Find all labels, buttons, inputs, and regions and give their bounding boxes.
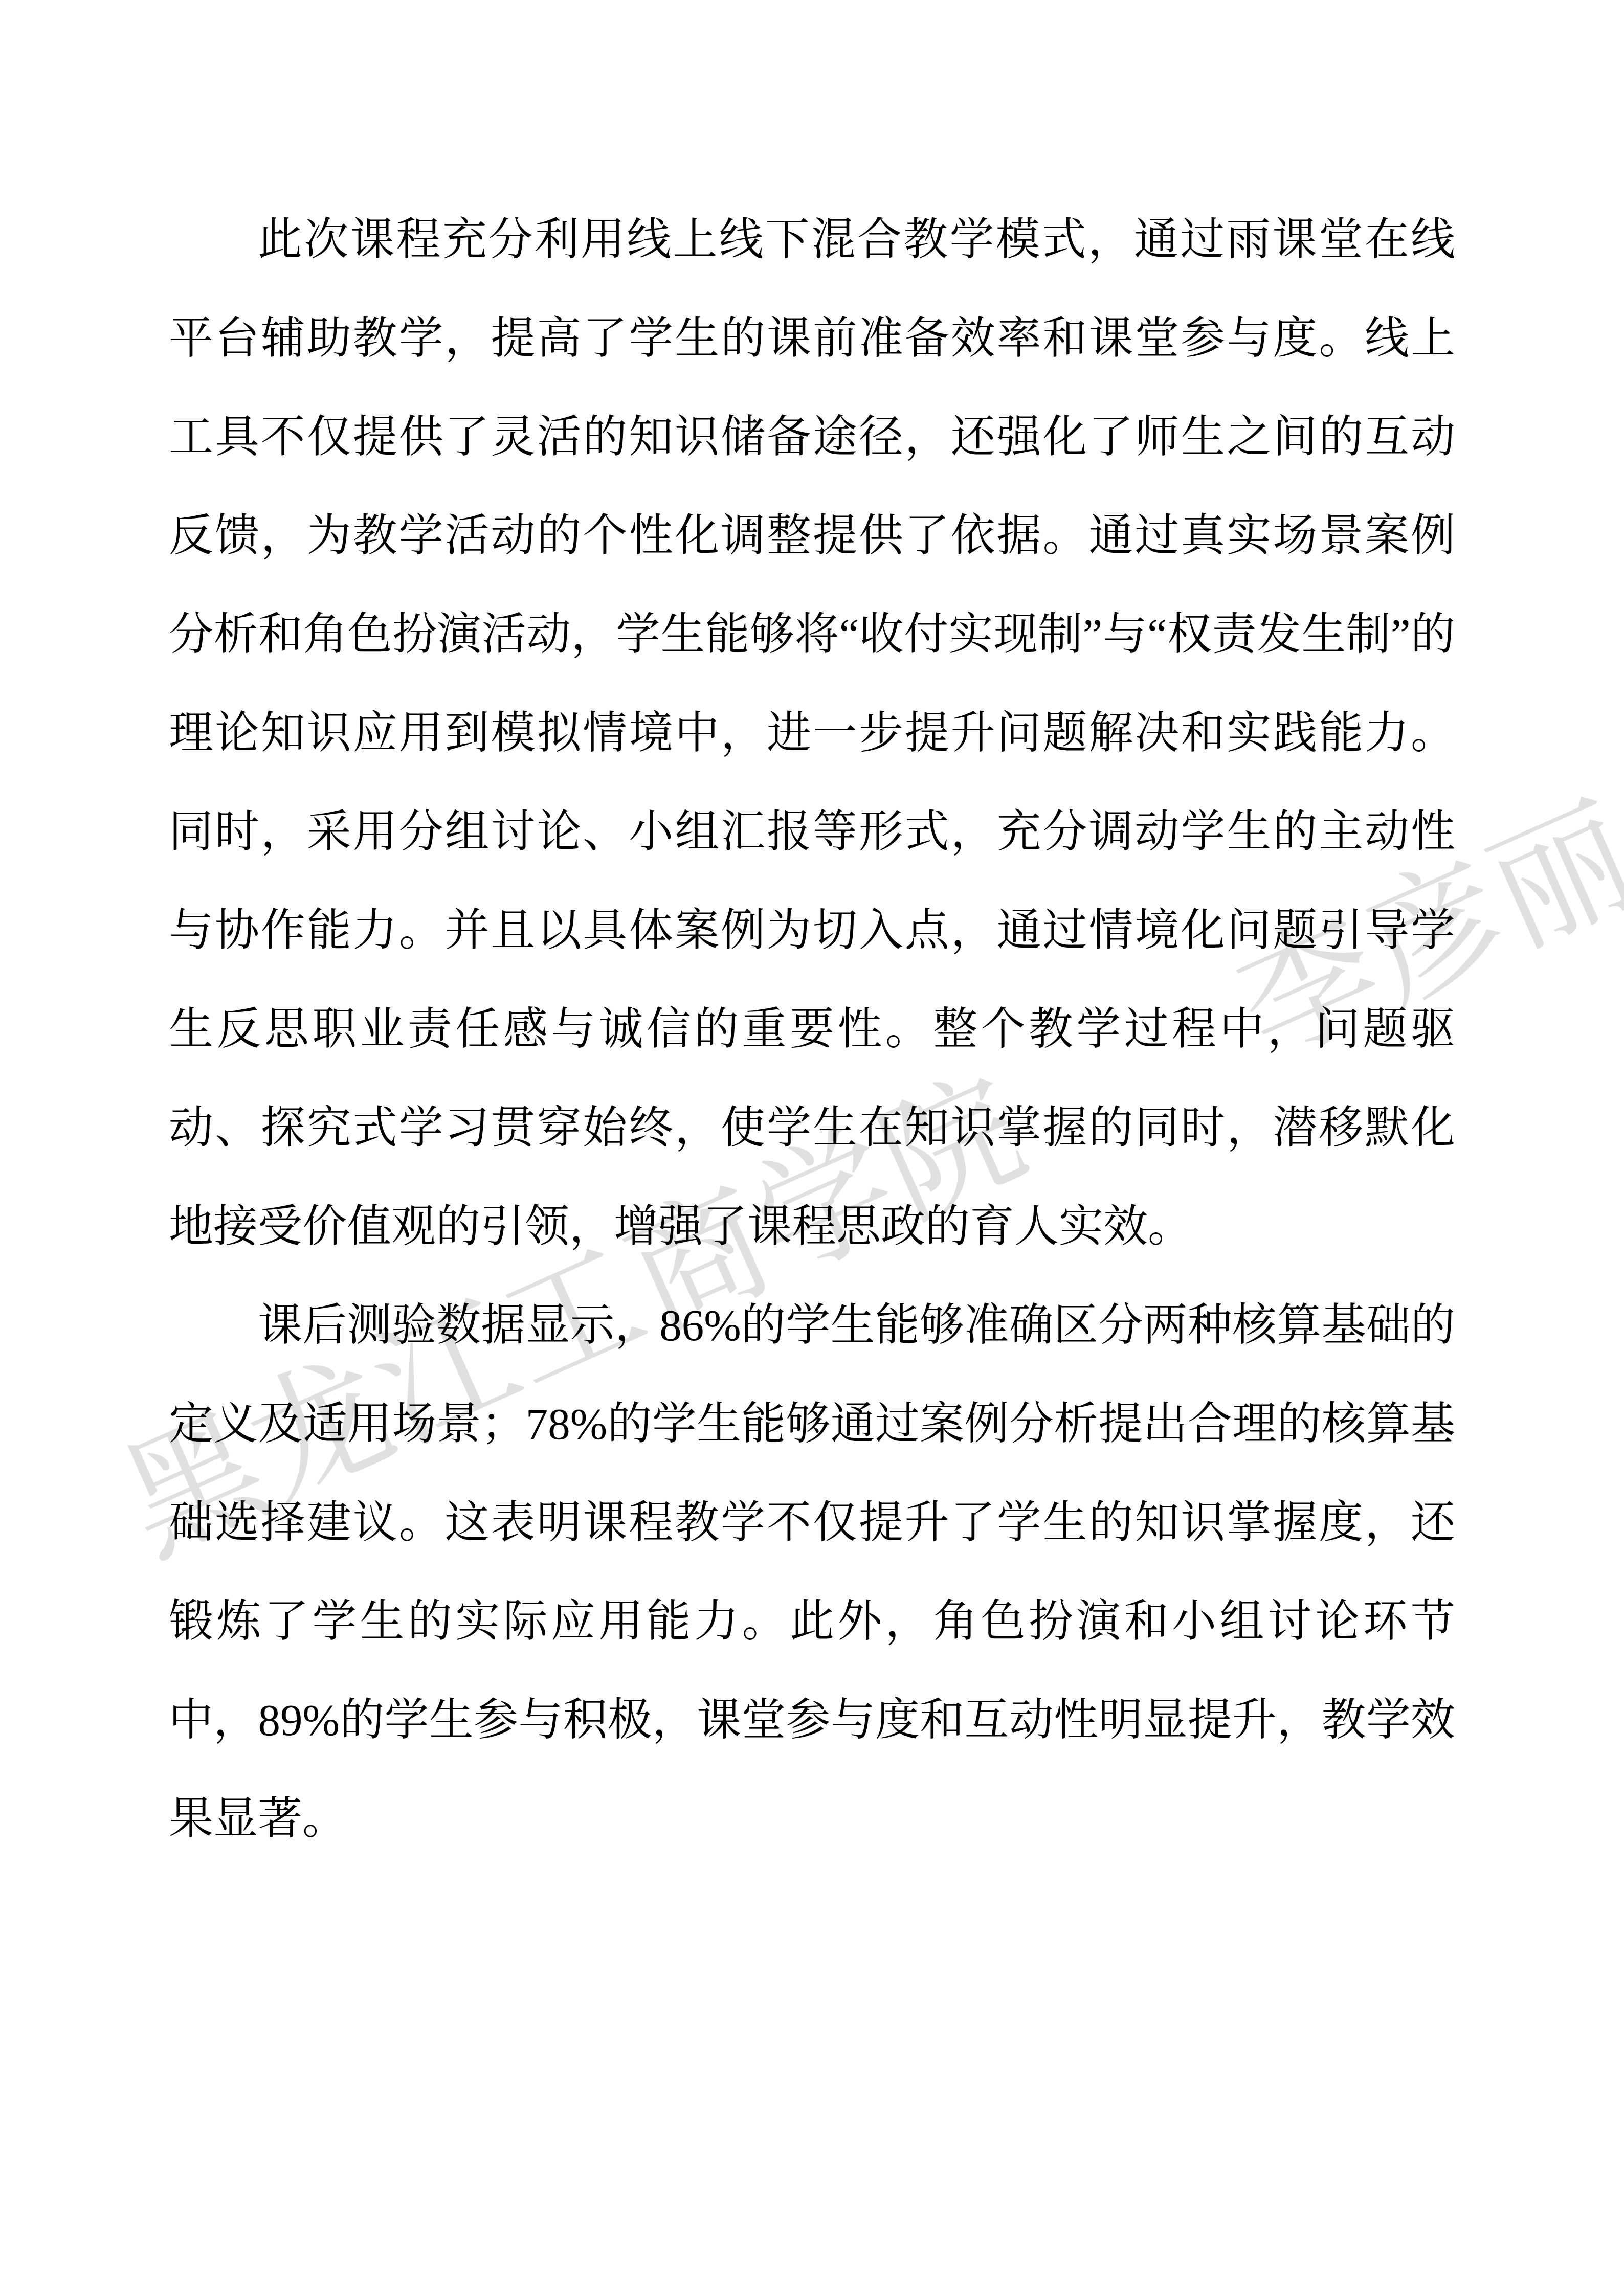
paragraph-test-results: 课后测验数据显示，86%的学生能够准确区分两种核算基础的定义及适用场景；78%的… — [169, 1276, 1455, 1868]
document-body: 此次课程充分利用线上线下混合教学模式，通过雨课堂在线平台辅助教学，提高了学生的课… — [169, 190, 1455, 1868]
paragraph-teaching-mode: 此次课程充分利用线上线下混合教学模式，通过雨课堂在线平台辅助教学，提高了学生的课… — [169, 190, 1455, 1276]
document-page: 黑龙江工商学院 李彦丽 此次课程充分利用线上线下混合教学模式，通过雨课堂在线平台… — [0, 0, 1624, 2296]
